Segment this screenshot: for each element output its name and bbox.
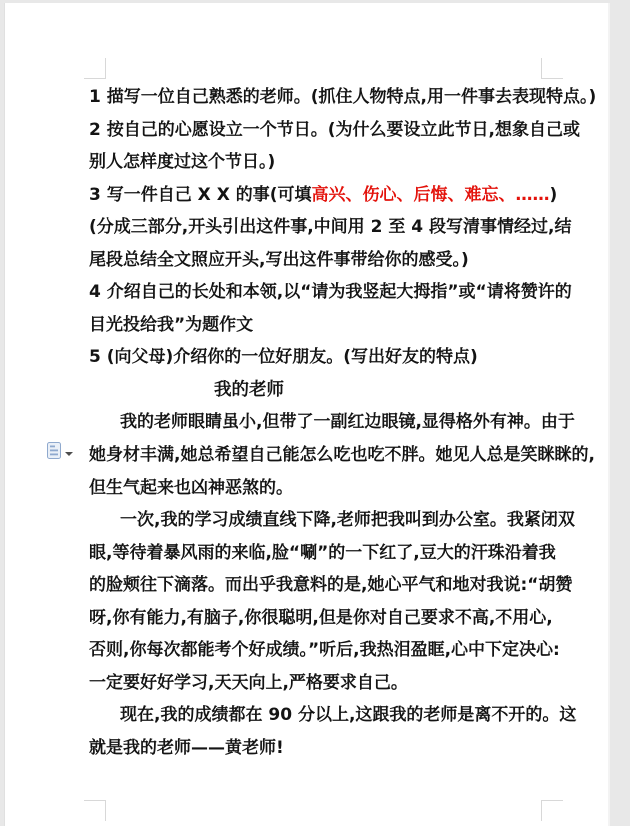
- word-document-canvas: { "colors": { "background": "#e8e8e8", "…: [0, 0, 630, 826]
- text-line: (分成三部分,开头引出这件事,中间用 2 至 4 段写清事情经过,结: [89, 211, 553, 244]
- text-line: 4 介绍自己的长处和本领,以“请为我竖起大拇指”或“请将赞许的: [89, 276, 553, 309]
- text-line: 她身材丰满,她总希望自己能怎么吃也吃不胖。她见人总是笑眯眯的,: [89, 439, 553, 472]
- paste-options-button[interactable]: [45, 440, 75, 465]
- text-line: 5 (向父母)介绍你的一位好朋友。(写出好友的特点): [89, 341, 553, 374]
- text-boundary-mark-top-right: [541, 58, 563, 79]
- text-line: 2 按自己的心愿设立一个节日。(为什么要设立此节日,想象自己或: [89, 114, 553, 147]
- text-line: 但生气起来也凶神恶煞的。: [89, 472, 553, 505]
- text-boundary-mark-bottom-left: [84, 800, 106, 821]
- text-segment: ): [550, 185, 558, 205]
- essay-title: 我的老师: [89, 374, 553, 407]
- text-line: 一次,我的学习成绩直线下降,老师把我叫到办公室。我紧闭双: [89, 504, 553, 537]
- text-line: 现在,我的成绩都在 90 分以上,这跟我的老师是离不开的。这: [89, 699, 553, 732]
- text-line: 眼,等待着暴风雨的来临,脸“唰”的一下红了,豆大的汗珠沿着我: [89, 537, 553, 570]
- text-boundary-mark-bottom-right: [541, 800, 563, 821]
- document-page: 1 描写一位自己熟悉的老师。(抓住人物特点,用一件事去表现特点。) 2 按自己的…: [4, 3, 610, 826]
- text-line: 尾段总结全文照应开头,写出这件事带给你的感受。): [89, 244, 553, 277]
- text-line: 别人怎样度过这个节日。): [89, 146, 553, 179]
- text-line: 呀,你有能力,有脑子,你很聪明,但是你对自己要求不高,不用心,: [89, 602, 553, 635]
- text-line: 目光投给我”为题作文: [89, 309, 553, 342]
- text-line: 否则,你每次都能考个好成绩。”听后,我热泪盈眶,心中下定决心:: [89, 634, 553, 667]
- paste-icon: [47, 442, 61, 463]
- red-text-segment: 高兴、伤心、后悔、难忘、……: [312, 185, 550, 205]
- text-line: 的脸颊往下滴落。而出乎我意料的是,她心平气和地对我说:“胡赞: [89, 569, 553, 602]
- text-line: 我的老师眼睛虽小,但带了一副红边眼镜,显得格外有神。由于: [89, 406, 553, 439]
- text-segment: 3 写一件自己 X X 的事(可填: [89, 185, 312, 205]
- text-line: 3 写一件自己 X X 的事(可填高兴、伤心、后悔、难忘、……): [89, 179, 553, 212]
- text-line: 1 描写一位自己熟悉的老师。(抓住人物特点,用一件事去表现特点。): [89, 81, 553, 114]
- chevron-down-icon: [65, 452, 73, 456]
- text-line: 就是我的老师——黄老师!: [89, 732, 553, 765]
- text-boundary-mark-top-left: [84, 58, 106, 79]
- text-line: 一定要好好学习,天天向上,严格要求自己。: [89, 667, 553, 700]
- document-text-area[interactable]: 1 描写一位自己熟悉的老师。(抓住人物特点,用一件事去表现特点。) 2 按自己的…: [89, 81, 553, 764]
